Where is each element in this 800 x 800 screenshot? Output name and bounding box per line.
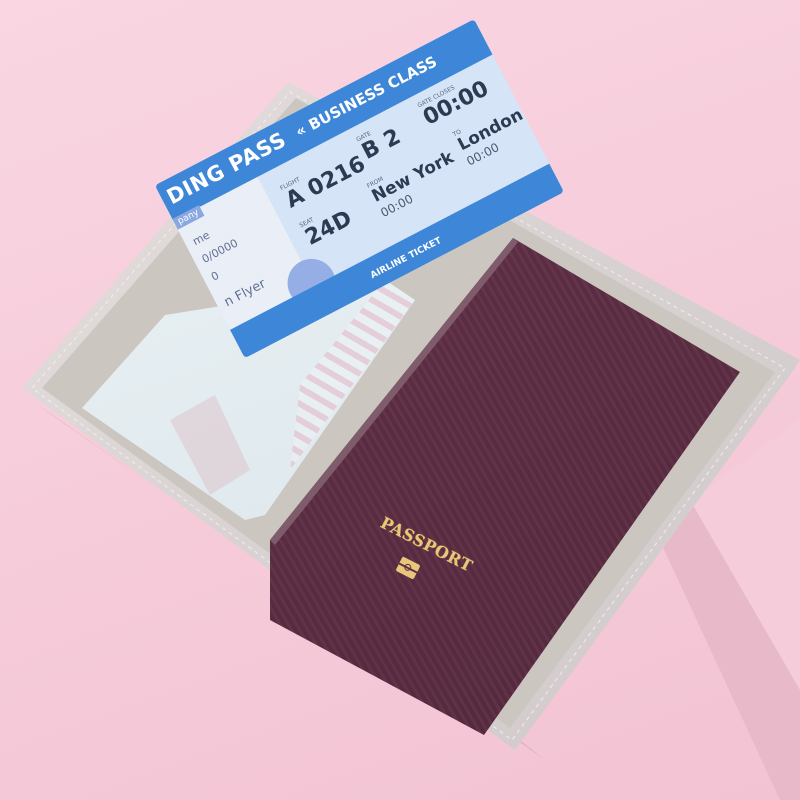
seat-value: 24D <box>301 206 356 251</box>
gate-value: B 2 <box>358 124 405 165</box>
